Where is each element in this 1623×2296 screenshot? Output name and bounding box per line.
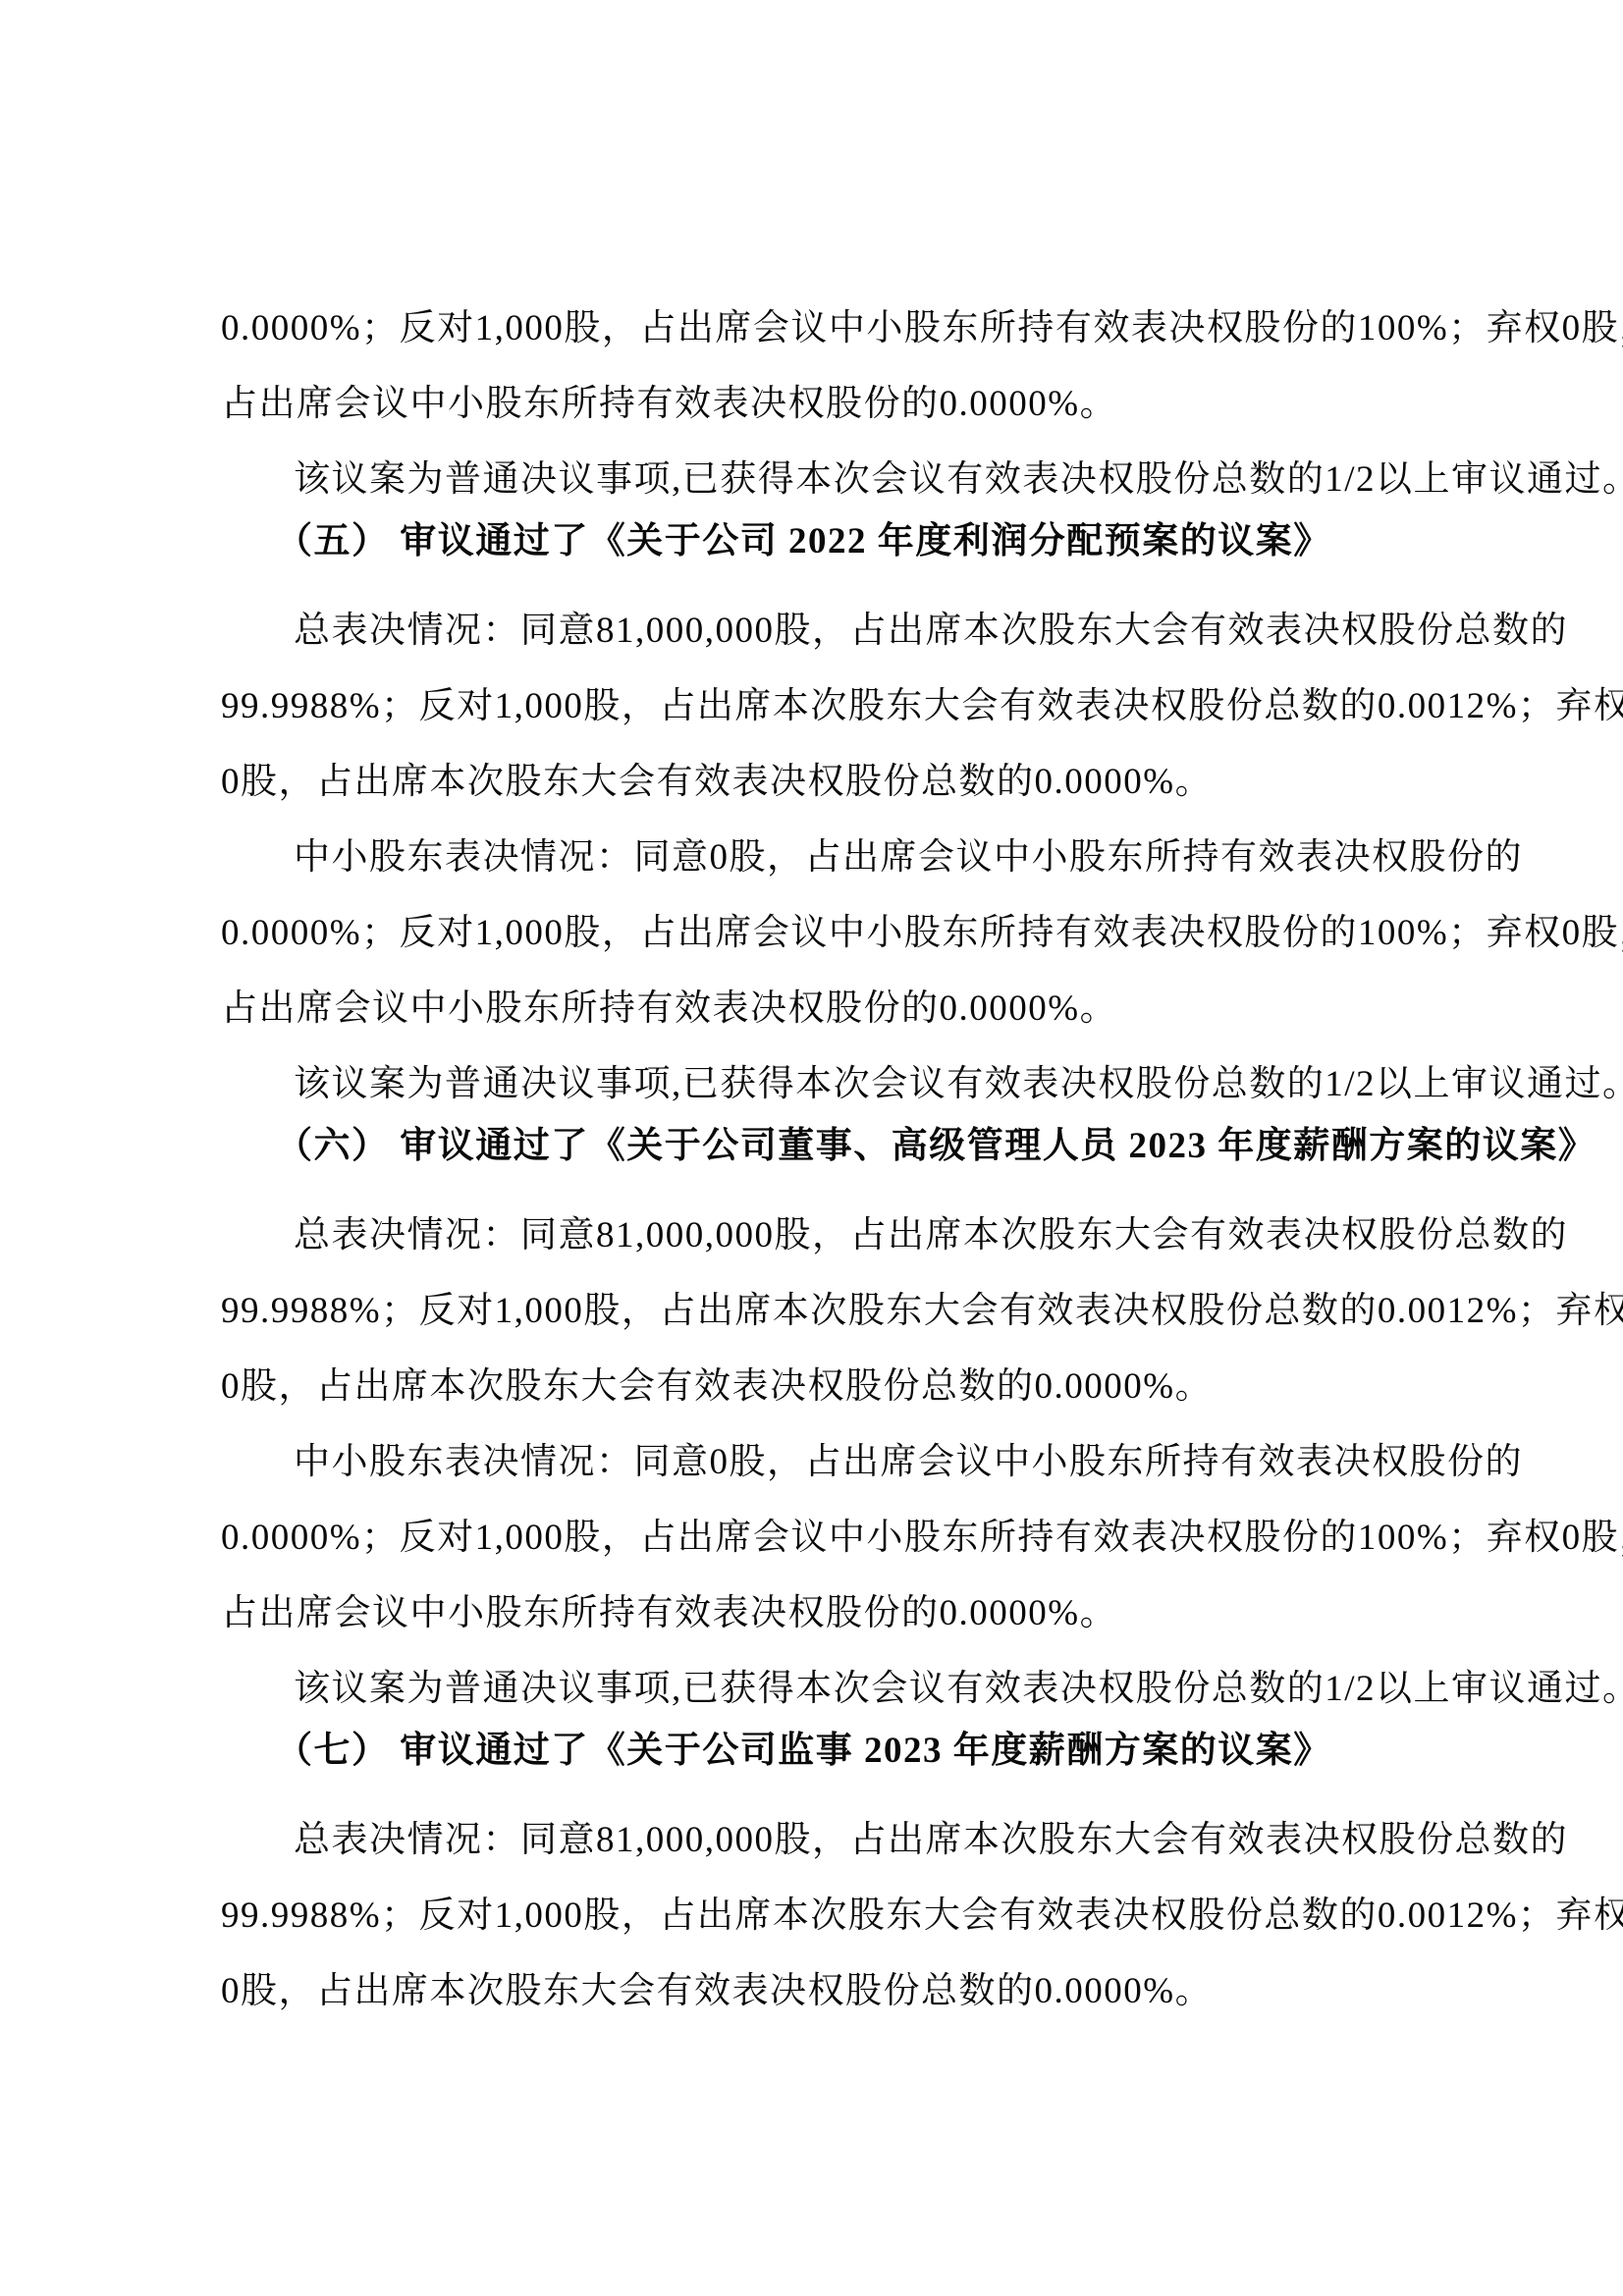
paragraph-line: 0股，占出席本次股东大会有效表决权股份总数的0.0000%。 (221, 744, 1505, 820)
paragraph-line: 占出席会议中小股东所持有效表决权股份的0.0000%。 (221, 366, 1505, 442)
paragraph-line: 0.0000%；反对1,000股，占出席会议中小股东所持有效表决权股份的100%… (221, 895, 1505, 971)
document-page: 0.0000%；反对1,000股，占出席会议中小股东所持有效表决权股份的100%… (0, 0, 1623, 2296)
section-heading: （六） 审议通过了《关于公司董事、高级管理人员 2023 年度薪酬方案的议案》 (221, 1108, 1505, 1184)
section-heading: （五） 审议通过了《关于公司 2022 年度利润分配预案的议案》 (221, 504, 1505, 579)
paragraph-line: 0.0000%；反对1,000股，占出席会议中小股东所持有效表决权股份的100%… (221, 291, 1505, 366)
paragraph-line: 99.9988%；反对1,000股，占出席本次股东大会有效表决权股份总数的0.0… (221, 668, 1505, 744)
document-text-block: 0.0000%；反对1,000股，占出席会议中小股东所持有效表决权股份的100%… (221, 291, 1505, 2029)
paragraph-line: 0.0000%；反对1,000股，占出席会议中小股东所持有效表决权股份的100%… (221, 1500, 1505, 1575)
paragraph-line: 中小股东表决情况：同意0股，占出席会议中小股东所持有效表决权股份的 (221, 1424, 1505, 1500)
paragraph-line: 0股，占出席本次股东大会有效表决权股份总数的0.0000%。 (221, 1953, 1505, 2029)
paragraph-line: 占出席会议中小股东所持有效表决权股份的0.0000%。 (221, 971, 1505, 1046)
section-heading: （七） 审议通过了《关于公司监事 2023 年度薪酬方案的议案》 (221, 1713, 1505, 1789)
paragraph-line: 总表决情况：同意81,000,000股，占出席本次股东大会有效表决权股份总数的 (221, 1802, 1505, 1878)
paragraph-line: 99.9988%；反对1,000股，占出席本次股东大会有效表决权股份总数的0.0… (221, 1273, 1505, 1349)
paragraph-line: 99.9988%；反对1,000股，占出席本次股东大会有效表决权股份总数的0.0… (221, 1878, 1505, 1953)
paragraph-line: 总表决情况：同意81,000,000股，占出席本次股东大会有效表决权股份总数的 (221, 1198, 1505, 1273)
paragraph-line: 0股，占出席本次股东大会有效表决权股份总数的0.0000%。 (221, 1349, 1505, 1424)
paragraph-line: 总表决情况：同意81,000,000股，占出席本次股东大会有效表决权股份总数的 (221, 593, 1505, 668)
paragraph-line: 占出席会议中小股东所持有效表决权股份的0.0000%。 (221, 1575, 1505, 1651)
paragraph-line: 中小股东表决情况：同意0股，占出席会议中小股东所持有效表决权股份的 (221, 820, 1505, 895)
